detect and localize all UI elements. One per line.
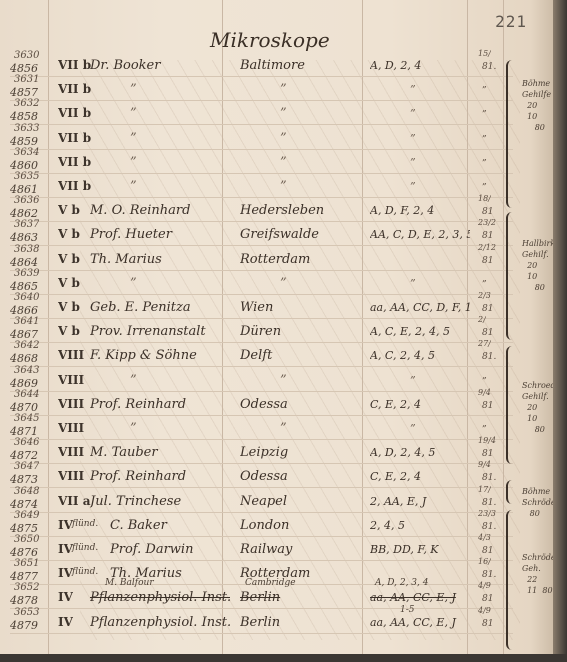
customer-name: Prov. Irrenanstalt — [90, 324, 230, 339]
stand-model: VIII — [58, 445, 84, 459]
date-year: ” — [482, 135, 487, 145]
customer-name: M. Tauber — [90, 445, 230, 460]
group-brace — [506, 60, 518, 208]
stand-model: VIII — [58, 421, 84, 435]
date-year: 81 — [482, 594, 493, 604]
date-day-month: 4/9 — [478, 606, 491, 615]
stand-note: flünd. — [72, 519, 98, 529]
optics-config: 2, 4, 5 — [370, 519, 470, 532]
stand-model: VIII — [58, 373, 84, 387]
optics-config: A, D, F, 2, 4 — [370, 204, 470, 217]
group-brace — [506, 346, 518, 464]
serial-number-old: 3646 — [14, 437, 39, 448]
date-year: 81. — [482, 522, 496, 532]
date-day-month: 2/3 — [478, 291, 491, 300]
serial-number-old: 3630 — [14, 50, 39, 61]
optics-config: ” — [370, 422, 510, 435]
customer-name: Geb. E. Penitza — [90, 300, 230, 315]
serial-number: 4858 — [10, 110, 38, 123]
date-year: 81. — [482, 570, 496, 580]
city-correction: Cambridge — [245, 578, 296, 588]
optics-config: ” — [370, 83, 510, 96]
city: Wien — [240, 300, 360, 315]
margin-note: Böhme & Schröder 80 — [522, 486, 553, 519]
serial-number-old: 3640 — [14, 292, 39, 303]
group-brace — [506, 510, 518, 650]
customer-name: Pflanzenphysiol. Inst. — [90, 590, 230, 605]
customer-name: Prof. Reinhard — [90, 469, 230, 484]
serial-number-old: 3638 — [14, 244, 39, 255]
optics-note: 1-5 — [400, 605, 415, 615]
serial-number-old: 3653 — [14, 607, 39, 618]
date-day-month: 2/ — [478, 315, 486, 324]
stand-model: VIII — [58, 397, 84, 411]
optics-config: ” — [370, 374, 510, 387]
serial-number-old: 3634 — [14, 147, 39, 158]
serial-number-old: 3639 — [14, 268, 39, 279]
customer-correction: M. Balfour — [105, 578, 154, 588]
serial-number-old: 3642 — [14, 340, 39, 351]
date-year: ” — [482, 280, 487, 290]
serial-number-old: 3649 — [14, 510, 39, 521]
optics-config: A, C, 2, 4, 5 — [370, 349, 470, 362]
serial-number-old: 3652 — [14, 582, 39, 593]
serial-number: 4863 — [10, 231, 38, 244]
optics-config: A, D, 2, 4, 5 — [370, 446, 470, 459]
serial-number-old: 3647 — [14, 461, 39, 472]
optics-config: ” — [370, 132, 510, 145]
stand-model: IV — [58, 615, 73, 629]
date-year: ” — [482, 183, 487, 193]
serial-number-old: 3637 — [14, 219, 39, 230]
page-title: Mikroskope — [210, 28, 330, 52]
city: Neapel — [240, 494, 360, 509]
optics-config: aa, AA, CC, E, J — [370, 616, 470, 629]
date-year: ” — [482, 110, 487, 120]
customer-name: F. Kipp & Söhne — [90, 348, 230, 363]
date-day-month: 4/3 — [478, 533, 491, 542]
stand-model: IV — [58, 590, 73, 604]
optics-config: C, E, 2, 4 — [370, 398, 470, 411]
margin-note: Schröder Geh. 22 11 80 — [522, 552, 553, 596]
stand-model: VIII — [58, 469, 84, 483]
date-year: 81 — [482, 328, 493, 338]
stand-model: V b — [58, 300, 80, 314]
stand-model: VII b — [58, 106, 91, 120]
date-year: 81. — [482, 62, 496, 72]
date-year: ” — [482, 425, 487, 435]
customer-name: Prof. Reinhard — [90, 397, 230, 412]
ledger-page: 221 Mikroskope 36304856VII bDr. BookerBa… — [0, 0, 553, 655]
stand-model: IV — [58, 518, 73, 532]
optics-config: AA, C, D, E, 2, 3, 5 — [370, 228, 470, 241]
date-year: ” — [482, 159, 487, 169]
date-year: ” — [482, 377, 487, 387]
city: Railway — [240, 542, 360, 557]
optics-config: A, D, 2, 4 — [370, 59, 470, 72]
date-day-month: 9/4 — [478, 388, 491, 397]
customer-name: C. Baker — [110, 518, 250, 533]
serial-number: 4868 — [10, 352, 38, 365]
optics-config: aa, AA, CC, E, J — [370, 591, 470, 604]
date-year: 81 — [482, 546, 493, 556]
date-year: 81 — [482, 449, 493, 459]
city: Odessa — [240, 397, 360, 412]
stand-model: VII b — [58, 82, 91, 96]
date-year: 81 — [482, 619, 493, 629]
book-edge-bottom — [0, 654, 567, 662]
stand-model: VII b — [58, 58, 91, 72]
serial-number: 4873 — [10, 473, 38, 486]
date-day-month: 23/2 — [478, 218, 496, 227]
city: Berlin — [240, 615, 360, 630]
stand-model: IV — [58, 542, 73, 556]
serial-number-old: 3641 — [14, 316, 39, 327]
group-brace — [506, 212, 518, 340]
city: Delft — [240, 348, 360, 363]
date-year: ” — [482, 86, 487, 96]
optics-config: 2, AA, E, J — [370, 495, 470, 508]
customer-name: Pflanzenphysiol. Inst. — [90, 615, 230, 630]
serial-number-old: 3636 — [14, 195, 39, 206]
margin-note: Schroeder Gehilf. 20 10 80 — [522, 380, 553, 435]
date-year: 81 — [482, 256, 493, 266]
stand-model: V b — [58, 227, 80, 241]
serial-number-old: 3632 — [14, 98, 39, 109]
customer-name: Prof. Darwin — [110, 542, 250, 557]
city: Baltimore — [240, 58, 360, 73]
group-brace — [506, 480, 518, 504]
serial-number: 4878 — [10, 594, 38, 607]
stand-model: V b — [58, 203, 80, 217]
date-day-month: 23/3 — [478, 509, 496, 518]
stand-model: VII b — [58, 179, 91, 193]
date-day-month: 2/12 — [478, 243, 496, 252]
date-day-month: 27/ — [478, 339, 491, 348]
serial-number-old: 3643 — [14, 365, 39, 376]
margin-note: Böhme Gehilfe 20 10 80 — [522, 78, 551, 133]
stand-note: flünd. — [72, 543, 98, 553]
optics-config: aa, AA, CC, D, F, 1-5 — [370, 301, 470, 314]
date-year: 81 — [482, 304, 493, 314]
stand-model: V b — [58, 252, 80, 266]
stand-model: IV — [58, 566, 73, 580]
row-rule — [10, 633, 513, 634]
optics-correction: A, D, 2, 3, 4 — [375, 578, 428, 588]
date-day-month: 17/ — [478, 485, 491, 494]
stand-model: V b — [58, 276, 80, 290]
optics-config: BB, DD, F, K — [370, 543, 470, 556]
serial-number-old: 3644 — [14, 389, 39, 400]
city: Düren — [240, 324, 360, 339]
stand-model: V b — [58, 324, 80, 338]
customer-name: Th. Marius — [90, 252, 230, 267]
optics-config: ” — [370, 156, 510, 169]
date-day-month: 9/4 — [478, 460, 491, 469]
city: Leipzig — [240, 445, 360, 460]
city: London — [240, 518, 360, 533]
city: Greifswalde — [240, 227, 360, 242]
customer-name: Dr. Booker — [90, 58, 230, 73]
city: Berlin — [240, 590, 360, 605]
customer-name: Jul. Trinchese — [90, 494, 230, 509]
date-year: 81 — [482, 231, 493, 241]
serial-number-old: 3651 — [14, 558, 39, 569]
stand-model: VII b — [58, 131, 91, 145]
city: Hedersleben — [240, 203, 360, 218]
optics-config: ” — [370, 107, 510, 120]
city: Odessa — [240, 469, 360, 484]
date-year: 81 — [482, 401, 493, 411]
stand-model: VIII — [58, 348, 84, 362]
serial-number-old: 3648 — [14, 486, 39, 497]
date-year: 81 — [482, 207, 493, 217]
margin-note: Hallbirk Gehilf. 20 10 80 — [522, 238, 553, 293]
date-day-month: 16/ — [478, 557, 491, 566]
stand-model: VII a — [58, 494, 91, 508]
optics-config: A, C, E, 2, 4, 5 — [370, 325, 470, 338]
stand-note: flünd. — [72, 567, 98, 577]
stand-model: VII b — [58, 155, 91, 169]
serial-number-old: 3633 — [14, 123, 39, 134]
serial-number: 4879 — [10, 619, 38, 632]
city: Rotterdam — [240, 252, 360, 267]
date-day-month: 4/9 — [478, 581, 491, 590]
date-year: 81. — [482, 352, 496, 362]
date-year: 81. — [482, 498, 496, 508]
optics-config: C, E, 2, 4 — [370, 470, 470, 483]
date-day-month: 15/ — [478, 49, 491, 58]
serial-number-old: 3635 — [14, 171, 39, 182]
optics-config: ” — [370, 277, 510, 290]
date-day-month: 19/4 — [478, 436, 496, 445]
date-day-month: 18/ — [478, 194, 491, 203]
customer-name: M. O. Reinhard — [90, 203, 230, 218]
customer-name: Prof. Hueter — [90, 227, 230, 242]
book-edge — [553, 0, 567, 662]
optics-config: ” — [370, 180, 510, 193]
serial-number-old: 3645 — [14, 413, 39, 424]
date-year: 81. — [482, 473, 496, 483]
serial-number-old: 3650 — [14, 534, 39, 545]
page-number: 221 — [495, 12, 527, 31]
serial-number-old: 3631 — [14, 74, 39, 85]
